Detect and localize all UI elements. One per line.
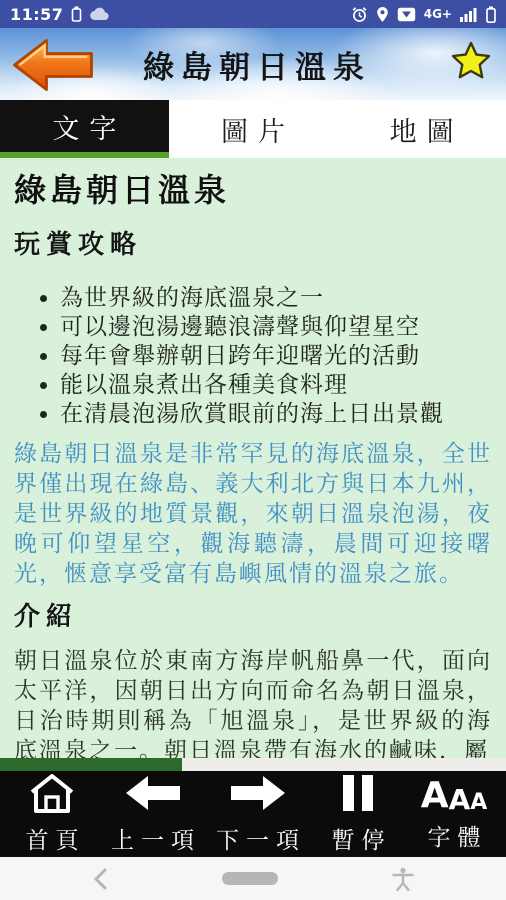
tab-text[interactable]: 文字 xyxy=(0,100,169,158)
android-nav-bar xyxy=(0,857,506,900)
signal-icon xyxy=(460,7,478,22)
status-bar: 11:57 4G+ xyxy=(0,0,506,28)
tab-images[interactable]: 圖片 xyxy=(169,100,338,158)
list-item: 能以溫泉煮出各種美食料理 xyxy=(60,371,492,400)
arrow-right-icon xyxy=(229,773,287,817)
notification-battery-icon xyxy=(71,6,82,22)
back-button[interactable] xyxy=(12,38,94,92)
nav-next-button[interactable]: 下一項 xyxy=(209,773,306,855)
tab-bar: 文字 圖片 地圖 xyxy=(0,100,506,158)
progress-fill xyxy=(0,758,182,771)
progress-bar xyxy=(0,758,506,771)
nav-home-button[interactable]: 首頁 xyxy=(8,773,96,855)
list-item: 可以邊泡湯邊聽浪濤聲與仰望星空 xyxy=(60,313,492,342)
list-item: 每年會舉辦朝日跨年迎曙光的活動 xyxy=(60,342,492,371)
highlight-paragraph: 綠島朝日溫泉是非常罕見的海底溫泉，全世界僅出現在綠島、義大利北方與日本九州，是世… xyxy=(14,439,492,589)
android-back-icon[interactable] xyxy=(92,868,108,890)
status-time: 11:57 xyxy=(10,5,63,24)
network-type-label: 4G+ xyxy=(424,7,452,21)
font-size-icon: AAA xyxy=(421,776,488,814)
accessibility-icon[interactable] xyxy=(392,867,414,891)
header: 綠島朝日溫泉 xyxy=(0,28,506,100)
section-title-intro: 介紹 xyxy=(14,602,492,632)
nav-label: 暫停 xyxy=(325,822,392,855)
content-title: 綠島朝日溫泉 xyxy=(14,172,492,208)
intro-paragraph: 朝日溫泉位於東南方海岸帆船鼻一代，面向太平洋，因朝日出方向而命名為朝日溫泉，日治… xyxy=(14,646,492,758)
nav-pause-button[interactable]: 暫停 xyxy=(314,773,402,855)
pause-icon xyxy=(341,773,375,817)
notification-cloud-icon xyxy=(90,7,110,21)
nav-previous-button[interactable]: 上一項 xyxy=(104,773,201,855)
content-area[interactable]: 綠島朝日溫泉 玩賞攻略 為世界級的海底溫泉之一 可以邊泡湯邊聽浪濤聲與仰望星空 … xyxy=(0,158,506,758)
app-screen: 11:57 4G+ xyxy=(0,0,506,900)
tips-list: 為世界級的海底溫泉之一 可以邊泡湯邊聽浪濤聲與仰望星空 每年會舉辦朝日跨年迎曙光… xyxy=(14,284,492,429)
alarm-icon xyxy=(351,6,368,23)
favorite-star-button[interactable] xyxy=(448,38,494,84)
star-icon xyxy=(453,43,489,77)
nav-label: 字體 xyxy=(421,819,488,852)
nav-font-button[interactable]: AAA 字體 xyxy=(410,776,498,852)
nav-label: 下一項 xyxy=(209,822,306,855)
android-home-pill[interactable] xyxy=(222,872,278,885)
bottom-nav: 首頁 上一項 下一項 暫停 AAA 字體 xyxy=(0,771,506,857)
back-arrow-icon xyxy=(15,40,92,89)
list-item: 在清晨泡湯欣賞眼前的海上日出景觀 xyxy=(60,400,492,429)
inbox-icon xyxy=(397,7,416,22)
nav-label: 首頁 xyxy=(19,822,86,855)
location-icon xyxy=(376,6,389,23)
battery-icon xyxy=(486,6,496,23)
arrow-left-icon xyxy=(124,773,182,817)
home-icon xyxy=(28,773,76,817)
list-item: 為世界級的海底溫泉之一 xyxy=(60,284,492,313)
nav-label: 上一項 xyxy=(104,822,201,855)
section-title-tips: 玩賞攻略 xyxy=(14,230,492,260)
tab-map[interactable]: 地圖 xyxy=(337,100,506,158)
